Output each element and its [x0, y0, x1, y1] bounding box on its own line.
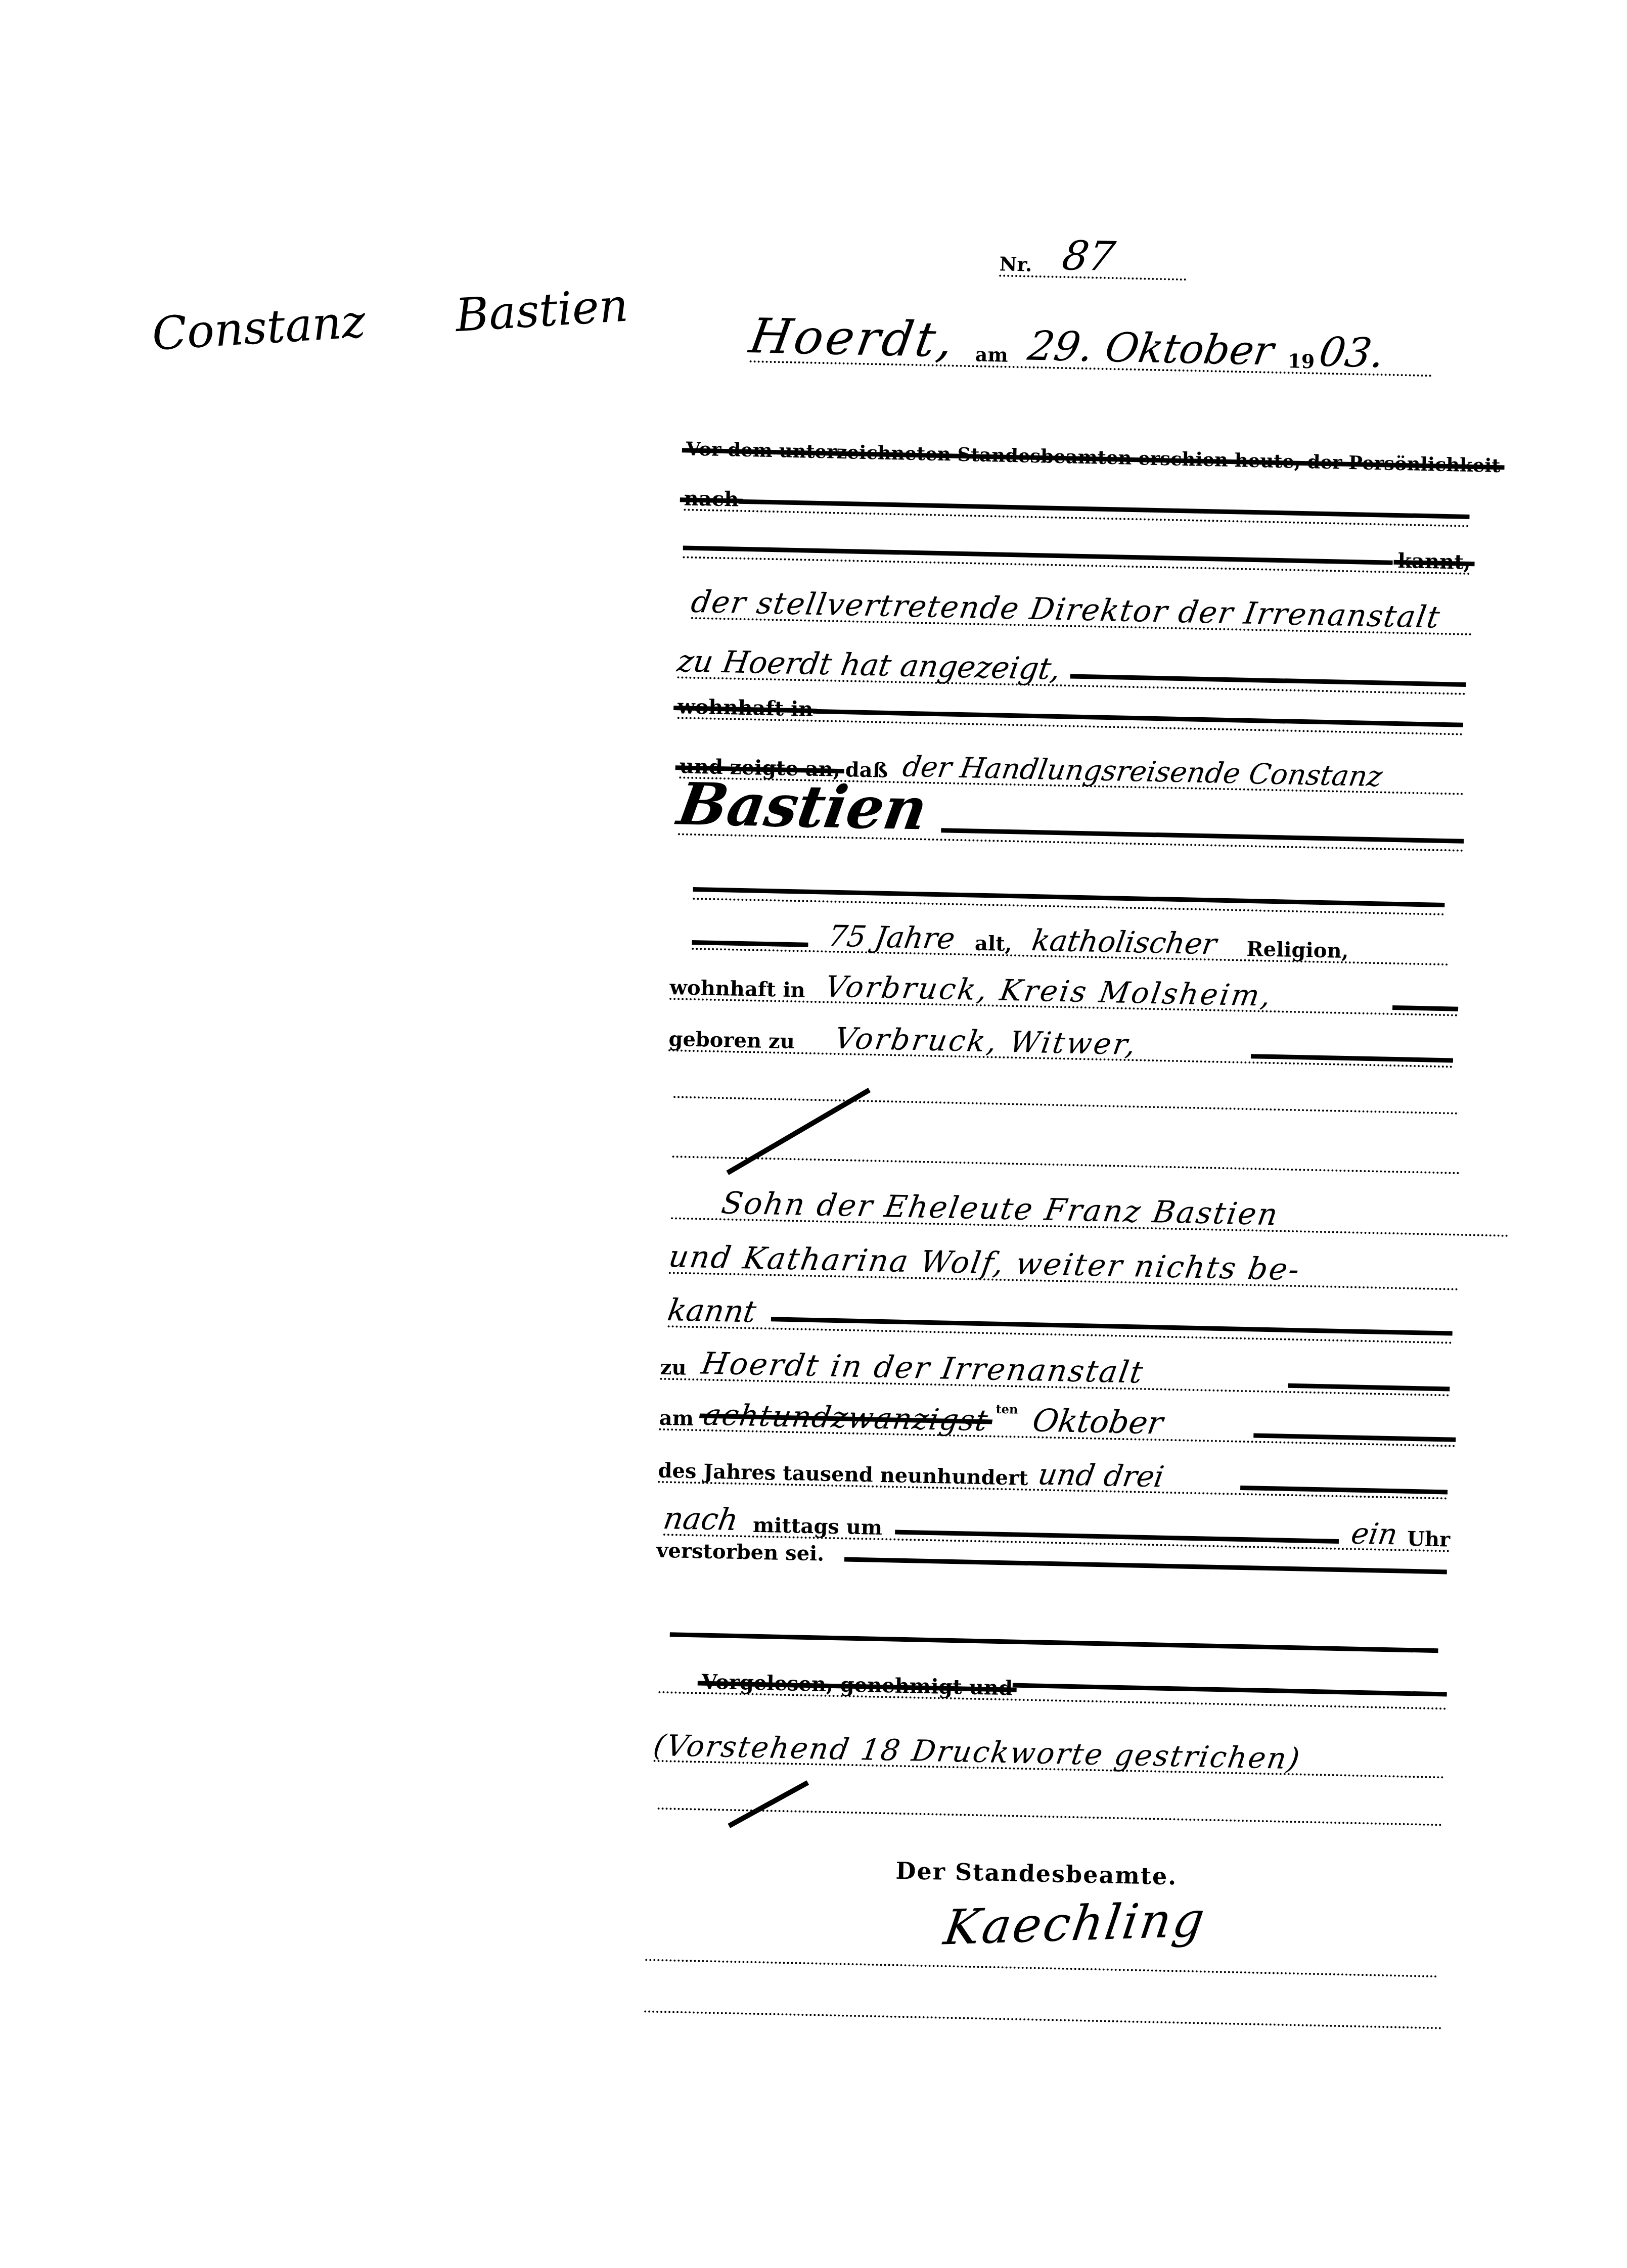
age-entry: 75 Jahre [826, 921, 957, 953]
ink-strike-line [895, 1530, 1339, 1544]
religion-label: Religion, [1246, 939, 1349, 961]
year-entry: 03. [1317, 332, 1387, 374]
verstorben-label: verstorben sei. [656, 1541, 825, 1564]
ink-strike-line [1240, 1486, 1448, 1495]
intro-struck-row: Vor dem unterzeichneten Standesbeamten e… [686, 435, 1471, 474]
year-entry: und drei [1036, 1460, 1166, 1492]
date-entry: 29. Oktober [1025, 326, 1277, 372]
hour-entry: ein [1349, 1519, 1399, 1549]
correction-note-row: (Vorstehend 18 Druckworte gestrichen) [654, 1703, 1445, 1779]
record-number-value: 87 [1059, 236, 1117, 277]
record-number-label: Nr. [999, 254, 1032, 274]
ink-strike-line [844, 1557, 1447, 1575]
declarant-line2-entry: zu Hoerdt hat angezeigt, [675, 646, 1063, 684]
uhr-label: Uhr [1407, 1529, 1451, 1550]
ink-dash [1392, 1005, 1458, 1011]
surname-entry: Bastien [674, 775, 931, 838]
wohnhaft-struck-row: wohnhaft in [677, 692, 1464, 735]
ink-strike-line [813, 700, 1463, 733]
nach-struck-text: nach [684, 488, 739, 510]
kannt-struck-text: kannt, [1397, 551, 1471, 573]
official-title: Der Standesbeamte. [895, 1859, 1178, 1888]
fill-line [1162, 1439, 1253, 1441]
ink-strike-line [739, 490, 1470, 525]
empty-dotted-line [644, 2006, 1442, 2029]
ink-dash [692, 940, 808, 947]
empty-dotted-line [673, 1092, 1458, 1115]
ink-strike-line [1251, 1054, 1453, 1062]
empty-dotted-line [658, 1803, 1442, 1826]
ten-suffix-label: ten [996, 1403, 1018, 1416]
diagonal-cancel-stroke [728, 1780, 809, 1828]
registry-form: Nr. 87 Hoerdt, am 29. Oktober 19 03. Vor… [638, 182, 1486, 2079]
am-label: am [659, 1408, 694, 1429]
ink-strike-line [1013, 1683, 1447, 1697]
zu-label: zu [660, 1358, 687, 1378]
ink-strike-line [683, 536, 1392, 571]
fill-line [1114, 277, 1187, 279]
alt-label: alt, [975, 934, 1012, 955]
intro-struck-text: Vor dem unterzeichneten Standesbeamten e… [686, 439, 1501, 475]
mittags-label: mittags um [753, 1515, 883, 1538]
geboren-label: geboren zu [668, 1029, 795, 1052]
year-label: des Jahres tausend neunhundert [658, 1461, 1028, 1489]
correction-note-entry: (Vorstehend 18 Druckworte gestrichen) [652, 1731, 1303, 1774]
religion-entry: katholischer [1030, 925, 1218, 958]
death-record-page: Constanz Bastien Nr. 87 Hoerdt, am 29. O… [0, 0, 1627, 2268]
death-day-struck-entry: achtundzwanzigst [702, 1400, 991, 1436]
parents-line1-entry: Sohn der Eheleute Franz Bastien [719, 1188, 1281, 1230]
declarant-line1-row: der stellvertretende Direktor der Irrena… [691, 571, 1473, 635]
registrar-signature: Kaechling [941, 1896, 1209, 1953]
diagonal-cancel-stroke [726, 1088, 871, 1175]
fill-line [1137, 1059, 1250, 1061]
am-label: am [975, 345, 1008, 364]
kannt-struck-row: kannt, [683, 532, 1471, 575]
wohnhaft-label: wohnhaft in [669, 978, 805, 1001]
declarant-line2-row: zu Hoerdt hat angezeigt, [677, 627, 1467, 695]
ink-strike-line-row [670, 1632, 1438, 1653]
empty-dotted-line [645, 1955, 1437, 1977]
official-title-row: Der Standesbeamte. [860, 1853, 1214, 1889]
margin-annotation-name: Constanz Bastien [151, 280, 684, 357]
fill-line [1272, 1010, 1392, 1013]
time-prefix-entry: nach [661, 1503, 740, 1535]
nach-struck-row: nach [684, 484, 1470, 527]
ink-strike-line [941, 818, 1464, 850]
place-date-row: Hoerdt, am 29. Oktober 19 03. [750, 292, 1434, 377]
fill-line [1384, 374, 1432, 375]
birthplace-entry: Vorbruck, Witwer, [833, 1024, 1140, 1059]
ink-strike-line [1288, 1383, 1450, 1392]
record-number-row: Nr. 87 [999, 216, 1187, 281]
vorgelesen-struck-row: Vorgelesen, genehmigt und [658, 1667, 1447, 1710]
residence-entry: Vorbruck, Kreis Molsheim, [823, 972, 1275, 1010]
place-entry: Hoerdt, [746, 312, 959, 364]
ink-strike-line [1253, 1433, 1456, 1442]
wohnhaft-struck-text: wohnhaft in [677, 697, 813, 720]
ink-strike-line [670, 1632, 1438, 1653]
ink-strike-line [1070, 664, 1466, 692]
parents-line3-entry: kannt [665, 1295, 758, 1327]
declarant-line1-entry: der stellvertretende Direktor der Irrena… [689, 587, 1443, 633]
vorgelesen-struck-text: Vorgelesen, genehmigt und [701, 1672, 1013, 1699]
fill-line [1163, 1492, 1240, 1493]
death-month-entry: Oktober [1030, 1405, 1165, 1439]
year-printed-prefix: 19 [1288, 351, 1315, 371]
